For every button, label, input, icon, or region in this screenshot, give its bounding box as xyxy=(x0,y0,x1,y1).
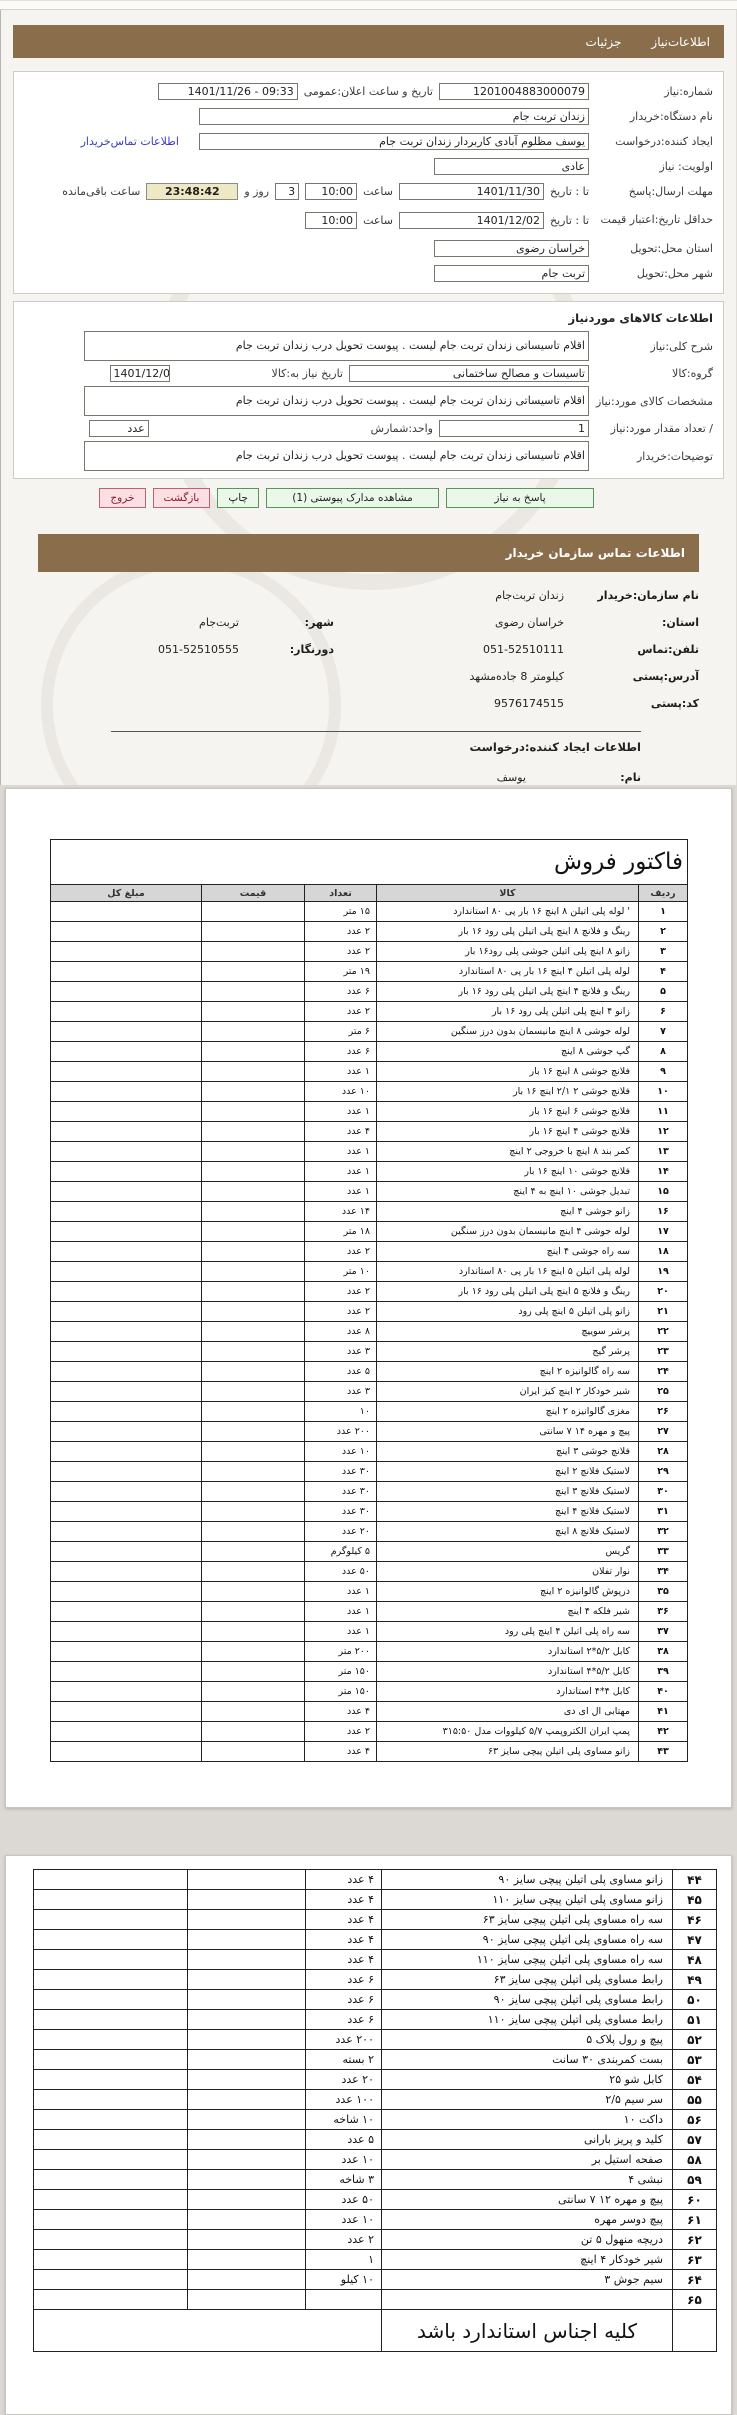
priority-label: اولویت: نیاز xyxy=(595,160,713,173)
invoice-row: ۶زانو ۴ اینچ پلی اتیلن پلی رود ۱۶ بار۲ ع… xyxy=(50,1002,687,1022)
back-button[interactable]: بازگشت xyxy=(153,488,211,508)
cell-item: سر سیم ۲/۵ xyxy=(382,2090,673,2110)
need-date-field[interactable]: 1401/12/01 xyxy=(110,365,170,382)
cell-no: ۲ xyxy=(639,922,688,942)
goods-desc-field[interactable]: اقلام تاسیساتی زندان تربت جام لیست . پیو… xyxy=(84,331,589,361)
cell-item: زانو مساوی پلی اتیلن پیچی سایز ۹۰ xyxy=(382,1870,673,1890)
cell-qty: ۲ عدد xyxy=(305,1282,377,1302)
cell-item: سه راه مساوی پلی اتیلن پیچی سایز ۶۳ xyxy=(382,1910,673,1930)
cell-total xyxy=(50,1122,201,1142)
cell-item: سه راه مساوی پلی اتیلن پیچی سایز ۱۱۰ xyxy=(382,1950,673,1970)
invoice-row: ۴۳زانو مساوی پلی اتیلن پیچی سایز ۶۳۴ عدد xyxy=(50,1742,687,1762)
need-form-box: شماره:نیاز 1201004883000079 تاریخ و ساعت… xyxy=(13,71,724,294)
hour-label: ساعت xyxy=(363,185,393,198)
invoice-row: ۱۵تبدیل جوشی ۱۰ اینچ به ۴ اینچ۱ عدد xyxy=(50,1182,687,1202)
divider xyxy=(111,731,641,732)
cell-qty: ۳ عدد xyxy=(305,1342,377,1362)
cell-price xyxy=(202,1582,305,1602)
cell-total xyxy=(34,2050,188,2070)
cell-qty: ۴ عدد xyxy=(306,1910,382,1930)
cell-price xyxy=(202,1282,305,1302)
creator-first-value: یوسف xyxy=(96,771,526,784)
cell-qty: ۱ xyxy=(306,2250,382,2270)
cell-qty: ۶ عدد xyxy=(306,2010,382,2030)
cell-qty: ۲ عدد xyxy=(305,1002,377,1022)
cell-price xyxy=(188,1890,306,1910)
invoice-row: ۴لوله پلی اتیلن ۴ اینچ ۱۶ بار پی ۸۰ استا… xyxy=(50,962,687,982)
cell-qty: ۲۰ عدد xyxy=(305,1522,377,1542)
cell-price xyxy=(188,2170,306,2190)
buyer-org-row: نام دستگاه:خریدار زندان تربت جام xyxy=(24,104,713,129)
invoice-table-1: فاکتور فروش ردیف کالا تعداد قیمت مبلغ کل… xyxy=(50,839,688,1762)
cell-total xyxy=(34,2210,188,2230)
invoice-row: ۵۷کلید و پریز بارانی۵ عدد xyxy=(34,2130,717,2150)
footer-empty-no-cell xyxy=(673,2310,717,2352)
cell-total xyxy=(50,1622,201,1642)
cell-total xyxy=(34,2250,188,2270)
invoice-row: ۴۰کابل ۴*۴ استاندارد۱۵۰ متر xyxy=(50,1682,687,1702)
invoice-row: ۷لوله جوشی ۸ اینچ مانیسمان بدون درز سنگی… xyxy=(50,1022,687,1042)
cell-price xyxy=(202,1482,305,1502)
cell-price xyxy=(188,2210,306,2230)
buyer-contact-link[interactable]: اطلاعات تماس‌خریدار xyxy=(81,135,179,148)
invoice-row: ۵۰رابط مساوی پلی اتیلن پیچی سایز ۹۰۶ عدد xyxy=(34,1990,717,2010)
invoice-row: ۵۱رابط مساوی پلی اتیلن پیچی سایز ۱۱۰۶ عد… xyxy=(34,2010,717,2030)
goods-qty-row: / تعداد مقدار مورد:نیاز 1 واحد:شمارش عدد xyxy=(24,416,713,441)
cell-item: لوله جوشی ۴ اینچ مانیسمان بدون درز سنگین xyxy=(377,1222,639,1242)
cell-item: رینگ و فلانچ ۵ اینچ پلی اتیلن پلی رود ۱۶… xyxy=(377,1282,639,1302)
cell-price xyxy=(188,1870,306,1890)
cell-total xyxy=(34,1910,188,1930)
remaining-label: ساعت باقی‌مانده xyxy=(62,185,140,198)
cell-price xyxy=(188,2130,306,2150)
invoice-row: ۳۵درپوش گالوانیزه ۲ اینچ۱ عدد xyxy=(50,1582,687,1602)
cell-price xyxy=(188,2290,306,2310)
hour-label-2: ساعت xyxy=(363,214,393,227)
cell-price xyxy=(188,2190,306,2210)
city-label: شهر محل:تحویل xyxy=(595,267,713,280)
invoice-row: ۳زانو ۸ اینچ پلی اتیلن جوشی پلی رود۱۶ با… xyxy=(50,942,687,962)
cell-no: ۵۱ xyxy=(673,2010,717,2030)
cell-no: ۲۷ xyxy=(639,1422,688,1442)
cell-qty: ۱۵۰ متر xyxy=(305,1682,377,1702)
cell-qty: ۶ عدد xyxy=(306,1990,382,2010)
tab-need-info[interactable]: اطلاعات‌نیاز xyxy=(651,35,710,49)
invoice-row: ۴۸سه راه مساوی پلی اتیلن پیچی سایز ۱۱۰۴ … xyxy=(34,1950,717,1970)
invoice-row: ۱۹لوله پلی اتیلن ۵ اینچ ۱۶ بار پی ۸۰ است… xyxy=(50,1262,687,1282)
cell-no: ۳۴ xyxy=(639,1562,688,1582)
province-city-row: استان: خراسان رضوی شهر: تربت‌جام xyxy=(38,609,699,636)
cell-price xyxy=(202,1522,305,1542)
invoice-row: ۴۹رابط مساوی پلی اتیلن پیچی سایز ۶۳۶ عدد xyxy=(34,1970,717,1990)
contact-fax-label: دورنگار: xyxy=(239,643,334,656)
cell-qty xyxy=(306,2290,382,2310)
buyer-org-label: نام دستگاه:خریدار xyxy=(595,110,713,123)
cell-item: لاستیک فلانچ ۸ اینچ xyxy=(377,1522,639,1542)
invoice-title: فاکتور فروش xyxy=(50,840,687,885)
invoice-row: ۵رینگ و فلانچ ۴ اینچ پلی اتیلن پلی رود ۱… xyxy=(50,982,687,1002)
cell-qty: ۱۰ عدد xyxy=(305,1442,377,1462)
goods-group-field[interactable]: تاسیسات و مصالح ساختمانی xyxy=(349,365,589,382)
deadline-date-field[interactable]: 1401/11/30 xyxy=(399,183,544,200)
goods-qty-label: / تعداد مقدار مورد:نیاز xyxy=(595,422,713,435)
invoice-row: ۱۳کمر بند ۸ اینچ با خروجی ۲ اینچ۱ عدد xyxy=(50,1142,687,1162)
cell-no: ۳۸ xyxy=(639,1642,688,1662)
invoice-row: ۱۲فلانچ جوشی ۴ اینچ ۱۶ بار۴ عدد xyxy=(50,1122,687,1142)
cell-item: کابل ۵/۲*۲ استاندارد xyxy=(377,1642,639,1662)
cell-no: ۱۴ xyxy=(639,1162,688,1182)
goods-notes-label: توضیحات:خریدار xyxy=(595,450,713,463)
cell-item: صفحه استیل بر xyxy=(382,2150,673,2170)
cell-qty: ۱۰۰ عدد xyxy=(306,2090,382,2110)
cell-total xyxy=(50,1082,201,1102)
contact-phone-label: تلفن:تماس xyxy=(564,643,699,656)
cell-no: ۶۳ xyxy=(673,2250,717,2270)
cell-no: ۱۶ xyxy=(639,1202,688,1222)
cell-no: ۶۰ xyxy=(673,2190,717,2210)
buyer-contact-info: نام سازمان:خریدار زندان تربت‌جام استان: … xyxy=(38,582,699,717)
col-header-row-no: ردیف xyxy=(639,885,688,902)
validity-row: حداقل تاریخ:اعتبار قیمت تا : تاریخ 1401/… xyxy=(24,204,713,236)
cell-price xyxy=(202,1162,305,1182)
cell-item: فلانچ جوشی ۲ ۲/۱ اینچ ۱۶ بار xyxy=(377,1082,639,1102)
cell-total xyxy=(50,1462,201,1482)
cell-no: ۶۵ xyxy=(673,2290,717,2310)
cell-no: ۴۷ xyxy=(673,1930,717,1950)
cell-item xyxy=(382,2290,673,2310)
cell-qty: ۴ عدد xyxy=(305,1122,377,1142)
cell-no: ۲۰ xyxy=(639,1282,688,1302)
cell-total xyxy=(50,1602,201,1622)
days-left-field: 3 xyxy=(275,183,299,200)
cell-total xyxy=(50,1562,201,1582)
cell-total xyxy=(50,1682,201,1702)
cell-item: زانو مساوی پلی اتیلن پیچی سایز ۱۱۰ xyxy=(382,1890,673,1910)
cell-qty: ۲ عدد xyxy=(305,1302,377,1322)
cell-item: فلانچ جوشی ۴ اینچ ۱۶ بار xyxy=(377,1122,639,1142)
cell-price xyxy=(202,1362,305,1382)
tab-details[interactable]: جزئیات xyxy=(585,35,621,49)
cell-total xyxy=(50,1642,201,1662)
invoice-page-2: ۴۴زانو مساوی پلی اتیلن پیچی سایز ۹۰۴ عدد… xyxy=(5,1855,732,2415)
buyer-org-field[interactable]: زندان تربت جام xyxy=(199,108,589,125)
cell-total xyxy=(34,2010,188,2030)
goods-desc-row: شرح کلی:نیاز اقلام تاسیساتی زندان تربت ج… xyxy=(24,331,713,361)
cell-price xyxy=(202,1222,305,1242)
cell-no: ۱۰ xyxy=(639,1082,688,1102)
cell-qty: ۵ عدد xyxy=(306,2130,382,2150)
cell-no: ۲۵ xyxy=(639,1382,688,1402)
invoice-row: ۵۵سر سیم ۲/۵۱۰۰ عدد xyxy=(34,2090,717,2110)
cell-price xyxy=(202,1682,305,1702)
contact-address-value: کیلومتر 8 جاده‌مشهد xyxy=(334,670,564,683)
cell-price xyxy=(188,2070,306,2090)
invoice-row: ۵۶داکت ۱۰۱۰ شاخه xyxy=(34,2110,717,2130)
validity-date-field[interactable]: 1401/12/02 xyxy=(399,212,544,229)
cell-item: پرشر سوییچ xyxy=(377,1322,639,1342)
invoice-row: ۶۲دریچه منهول ۵ تن۲ عدد xyxy=(34,2230,717,2250)
creator-first-label: نام: xyxy=(526,771,641,784)
cell-item: مهتابی ال ای دی xyxy=(377,1702,639,1722)
cell-no: ۴۵ xyxy=(673,1890,717,1910)
cell-price xyxy=(202,1322,305,1342)
cell-total xyxy=(34,2230,188,2250)
cell-total xyxy=(50,1302,201,1322)
announce-field[interactable]: 1401/11/26 - 09:33 xyxy=(158,83,298,100)
goods-qty-field[interactable]: 1 xyxy=(439,420,589,437)
cell-qty: ۲۰۰ عدد xyxy=(306,2030,382,2050)
cell-total xyxy=(50,1722,201,1742)
invoice-footer-note: کلیه اجناس استاندارد باشد xyxy=(382,2310,673,2352)
reply-to-need-button[interactable]: پاسخ به نیاز xyxy=(446,488,594,508)
cell-item: رابط مساوی پلی اتیلن پیچی سایز ۶۳ xyxy=(382,1970,673,1990)
cell-qty: ۱۹ متر xyxy=(305,962,377,982)
cell-price xyxy=(202,1262,305,1282)
cell-price xyxy=(188,2110,306,2130)
invoice-row: ۳۱لاستیک فلانچ ۴ اینچ۳۰ عدد xyxy=(50,1502,687,1522)
announce-label: تاریخ و ساعت اعلان:عمومی xyxy=(304,85,433,98)
cell-item: شیر فلکه ۴ اینچ xyxy=(377,1602,639,1622)
province-field[interactable]: خراسان رضوی xyxy=(434,240,589,257)
cell-price xyxy=(202,1382,305,1402)
cell-price xyxy=(202,1002,305,1022)
invoice-row: ۵۹نبشی ۴۳ شاخه xyxy=(34,2170,717,2190)
cell-item: زانو ۴ اینچ پلی اتیلن پلی رود ۱۶ بار xyxy=(377,1002,639,1022)
cell-price xyxy=(202,1082,305,1102)
goods-notes-field[interactable]: اقلام تاسیساتی زندان تربت جام لیست . پیو… xyxy=(84,441,589,471)
invoice-row: ۶۳شیر خودکار ۴ اینچ۱ xyxy=(34,2250,717,2270)
cell-qty: ۱ عدد xyxy=(305,1622,377,1642)
cell-no: ۳۷ xyxy=(639,1622,688,1642)
cell-total xyxy=(50,1162,201,1182)
cell-total xyxy=(34,1930,188,1950)
cell-price xyxy=(202,1702,305,1722)
cell-qty: ۱۰ کیلو xyxy=(306,2270,382,2290)
cell-qty: ۳ شاخه xyxy=(306,2170,382,2190)
cell-total xyxy=(50,1322,201,1342)
cell-price xyxy=(202,1022,305,1042)
cell-price xyxy=(202,1622,305,1642)
contact-city-label: شهر: xyxy=(239,616,334,629)
cell-item: سه راه جوشی ۴ اینچ xyxy=(377,1242,639,1262)
cell-total xyxy=(34,2150,188,2170)
province-label: استان محل:تحویل xyxy=(595,242,713,255)
invoice-row: ۳۴نوار تفلان۵۰ عدد xyxy=(50,1562,687,1582)
cell-item: کابل شو ۲۵ xyxy=(382,2070,673,2090)
cell-qty: ۲ عدد xyxy=(305,922,377,942)
cell-qty: ۴ عدد xyxy=(306,1870,382,1890)
cell-total xyxy=(50,1522,201,1542)
cell-qty: ۲ عدد xyxy=(305,1242,377,1262)
cell-total xyxy=(50,982,201,1002)
cell-total xyxy=(50,1582,201,1602)
cell-item: تبدیل جوشی ۱۰ اینچ به ۴ اینچ xyxy=(377,1182,639,1202)
cell-no: ۴۰ xyxy=(639,1682,688,1702)
cell-total xyxy=(34,2090,188,2110)
invoice-row: ۵۴کابل شو ۲۵۲۰ عدد xyxy=(34,2070,717,2090)
cell-price xyxy=(202,1722,305,1742)
cell-total xyxy=(50,1422,201,1442)
cell-total xyxy=(50,1442,201,1462)
invoice-row: ۶۱پیچ دوسر مهره۱۰ عدد xyxy=(34,2210,717,2230)
need-number-field[interactable]: 1201004883000079 xyxy=(439,83,589,100)
invoice-row: ۴۵زانو مساوی پلی اتیلن پیچی سایز ۱۱۰۴ عد… xyxy=(34,1890,717,1910)
cell-total xyxy=(50,1062,201,1082)
cell-item: فلانچ جوشی ۸ اینچ ۱۶ بار xyxy=(377,1062,639,1082)
cell-qty: ۳۰ عدد xyxy=(305,1482,377,1502)
invoice-row: ۲رینگ و فلانچ ۸ اینچ پلی اتیلن پلی رود ۱… xyxy=(50,922,687,942)
cell-qty: ۲ عدد xyxy=(305,942,377,962)
validity-time-field[interactable]: 10:00 xyxy=(305,212,357,229)
cell-item: پیچ و مهره ۱۴ ۷ سانتی xyxy=(377,1422,639,1442)
cell-price xyxy=(202,1102,305,1122)
cell-item: کلید و پریز بارانی xyxy=(382,2130,673,2150)
cell-no: ۵۷ xyxy=(673,2130,717,2150)
unit-field[interactable]: عدد xyxy=(89,420,149,437)
exit-button[interactable]: خروج xyxy=(99,488,145,508)
countdown-timer: 23:48:42 xyxy=(146,183,238,200)
cell-no: ۲۴ xyxy=(639,1362,688,1382)
cell-total xyxy=(50,1042,201,1062)
until-date-label: تا : تاریخ xyxy=(550,185,589,198)
cell-total xyxy=(50,942,201,962)
cell-no: ۳۱ xyxy=(639,1502,688,1522)
cell-qty: ۳۰ عدد xyxy=(305,1502,377,1522)
cell-price xyxy=(202,1182,305,1202)
cell-qty: ۴ عدد xyxy=(305,1702,377,1722)
cell-no: ۳۵ xyxy=(639,1582,688,1602)
invoice-row: ۳۰لاستیک فلانچ ۳ اینچ۳۰ عدد xyxy=(50,1482,687,1502)
creator-label: ایجاد کننده:درخواست xyxy=(595,135,713,148)
cell-qty: ۱۰ عدد xyxy=(306,2150,382,2170)
invoice-footer-row: کلیه اجناس استاندارد باشد xyxy=(34,2310,717,2352)
cell-total xyxy=(34,2270,188,2290)
contact-province-value: خراسان رضوی xyxy=(334,616,564,629)
cell-item: سه راه مساوی پلی اتیلن پیچی سایز ۹۰ xyxy=(382,1930,673,1950)
deadline-row: مهلت ارسال:پاسخ تا : تاریخ 1401/11/30 سا… xyxy=(24,179,713,204)
cell-no: ۷ xyxy=(639,1022,688,1042)
cell-no: ۵۵ xyxy=(673,2090,717,2110)
creator-field[interactable]: یوسف مظلوم آبادی کاربردار زندان تربت جام xyxy=(199,133,589,150)
cell-qty: ۵۰ عدد xyxy=(306,2190,382,2210)
invoice-row: ۳۳گریس۵ کیلوگرم xyxy=(50,1542,687,1562)
creator-first-row: نام: یوسف xyxy=(96,764,641,785)
cell-item: رابط مساوی پلی اتیلن پیچی سایز ۱۱۰ xyxy=(382,2010,673,2030)
print-button[interactable]: چاپ xyxy=(217,488,259,508)
invoice-row: ۱۶زانو جوشی ۴ اینچ۱۴ عدد xyxy=(50,1202,687,1222)
cell-price xyxy=(202,1662,305,1682)
cell-total xyxy=(34,2070,188,2090)
cell-item: کابل ۵/۲*۴ استاندارد xyxy=(377,1662,639,1682)
cell-price xyxy=(202,902,305,922)
cell-total xyxy=(34,2170,188,2190)
cell-item: شیر خودکار ۴ اینچ xyxy=(382,2250,673,2270)
creator-section-title: اطلاعات ایجاد کننده:درخواست xyxy=(96,740,641,754)
invoice-row: ۳۹کابل ۵/۲*۴ استاندارد۱۵۰ متر xyxy=(50,1662,687,1682)
cell-item: مغزی گالوانیزه ۲ اینچ xyxy=(377,1402,639,1422)
cell-qty: ۱۰ عدد xyxy=(306,2210,382,2230)
cell-no: ۵۴ xyxy=(673,2070,717,2090)
cell-total xyxy=(50,1702,201,1722)
city-field[interactable]: تربت جام xyxy=(434,265,589,282)
cell-item: لوله پلی اتیلن ۵ اینچ ۱۶ بار پی ۸۰ استان… xyxy=(377,1262,639,1282)
cell-price xyxy=(188,1970,306,1990)
goods-spec-field[interactable]: اقلام تاسیساتی زندان تربت جام لیست . پیو… xyxy=(84,386,589,416)
cell-total xyxy=(50,1542,201,1562)
cell-item: پمپ ایران الکتروپمپ ۵/۷ کیلووات مدل ۳۱۵:… xyxy=(377,1722,639,1742)
cell-item: ' لوله پلی اتیلن ۸ اینچ ۱۶ بار پی ۸۰ است… xyxy=(377,902,639,922)
cell-item: فلانچ جوشی ۳ اینچ xyxy=(377,1442,639,1462)
validity-label: حداقل تاریخ:اعتبار قیمت xyxy=(595,213,713,227)
cell-total xyxy=(50,1222,201,1242)
attached-invoice-documents: فاکتور فروش ردیف کالا تعداد قیمت مبلغ کل… xyxy=(0,785,737,2415)
address-row: آدرس:پستی کیلومتر 8 جاده‌مشهد xyxy=(38,663,699,690)
cell-qty: ۲۰۰ متر xyxy=(305,1642,377,1662)
cell-no: ۶۲ xyxy=(673,2230,717,2250)
invoice-row: ۶۰پیچ و مهره ۱۲ ۷ سانتی۵۰ عدد xyxy=(34,2190,717,2210)
cell-price xyxy=(202,942,305,962)
invoice-row: ۵۳بست کمربندی ۳۰ سانت۲ بسته xyxy=(34,2050,717,2070)
cell-price xyxy=(202,1142,305,1162)
cell-item: کابل ۴*۴ استاندارد xyxy=(377,1682,639,1702)
cell-no: ۳۳ xyxy=(639,1542,688,1562)
cell-total xyxy=(50,902,201,922)
cell-no: ۳۹ xyxy=(639,1662,688,1682)
cell-total xyxy=(50,1242,201,1262)
cell-no: ۴۱ xyxy=(639,1702,688,1722)
buyer-contact-section-title: اطلاعات تماس سازمان خریدار xyxy=(506,546,685,560)
view-attached-docs-button[interactable]: مشاهده مدارک پیوستی (1) xyxy=(266,488,439,508)
cell-item: سه راه گالوانیزه ۲ اینچ xyxy=(377,1362,639,1382)
cell-no: ۴۲ xyxy=(639,1722,688,1742)
days-word-label: روز و xyxy=(244,185,269,198)
cell-qty: ۶ متر xyxy=(305,1022,377,1042)
cell-no: ۳۶ xyxy=(639,1602,688,1622)
invoice-row: ۳۷سه راه پلی اتیلن ۴ اینچ پلی رود۱ عدد xyxy=(50,1622,687,1642)
org-value: زندان تربت‌جام xyxy=(334,589,564,602)
invoice-row: ۵۲پیچ و رول پلاک ۵۲۰۰ عدد xyxy=(34,2030,717,2050)
cell-total xyxy=(50,922,201,942)
invoice-row: ۱' لوله پلی اتیلن ۸ اینچ ۱۶ بار پی ۸۰ اس… xyxy=(50,902,687,922)
cell-qty: ۶ عدد xyxy=(305,982,377,1002)
cell-total xyxy=(50,1282,201,1302)
cell-qty: ۱ عدد xyxy=(305,1142,377,1162)
cell-total xyxy=(50,1182,201,1202)
invoice-row: ۳۲لاستیک فلانچ ۸ اینچ۲۰ عدد xyxy=(50,1522,687,1542)
cell-total xyxy=(50,1382,201,1402)
cell-no: ۱ xyxy=(639,902,688,922)
cell-no: ۸ xyxy=(639,1042,688,1062)
cell-price xyxy=(202,1122,305,1142)
cell-qty: ۳۰ عدد xyxy=(305,1462,377,1482)
deadline-time-field[interactable]: 10:00 xyxy=(305,183,357,200)
cell-item: رینگ و فلانچ ۴ اینچ پلی اتیلن پلی رود ۱۶… xyxy=(377,982,639,1002)
cell-item: شیر خودکار ۲ اینچ کیز ایران xyxy=(377,1382,639,1402)
cell-no: ۵۲ xyxy=(673,2030,717,2050)
cell-qty: ۱۴ عدد xyxy=(305,1202,377,1222)
cell-qty: ۴ عدد xyxy=(306,1890,382,1910)
cell-price xyxy=(202,1202,305,1222)
cell-item: داکت ۱۰ xyxy=(382,2110,673,2130)
cell-item: لاستیک فلانچ ۴ اینچ xyxy=(377,1502,639,1522)
cell-qty: ۵۰ عدد xyxy=(305,1562,377,1582)
cell-qty: ۵ کیلوگرم xyxy=(305,1542,377,1562)
cell-price xyxy=(202,1542,305,1562)
cell-total xyxy=(34,1970,188,1990)
cell-price xyxy=(188,2010,306,2030)
priority-field[interactable]: عادی xyxy=(434,158,589,175)
invoice-row: ۲۶مغزی گالوانیزه ۲ اینچ۱۰ xyxy=(50,1402,687,1422)
